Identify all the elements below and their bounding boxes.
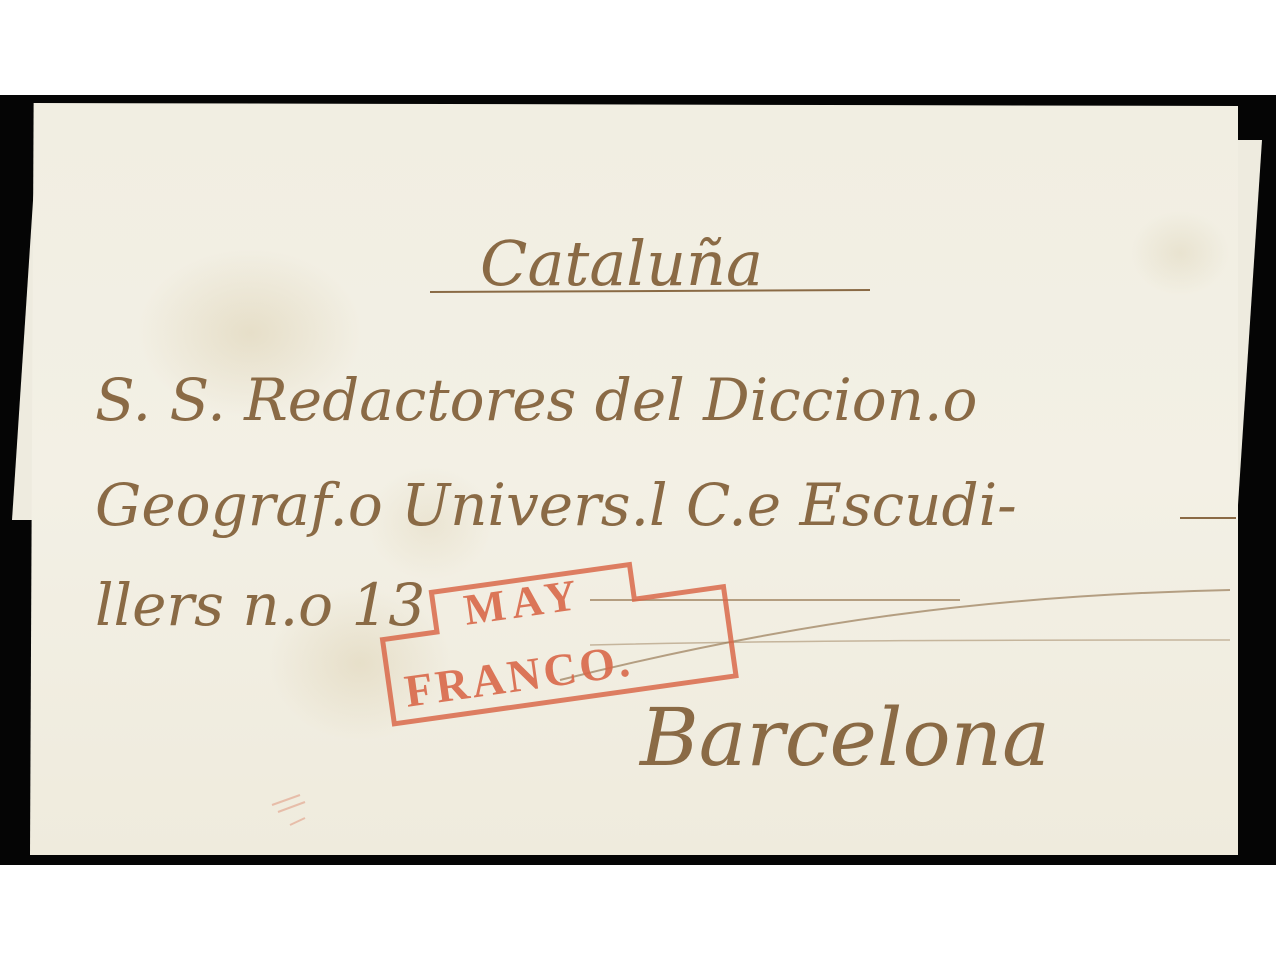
region-heading: Cataluña (480, 227, 763, 300)
flourish-line-3 (590, 640, 1230, 645)
flourish-line-2 (560, 590, 1230, 680)
address-line-2: Geograf.o Univers.l C.e Escudi- (95, 471, 1017, 539)
faint-red-marks (272, 795, 305, 825)
address-line-1: S. S. Redactores del Diccion.o (95, 366, 977, 434)
city-name: Barcelona (638, 691, 1050, 784)
cover-markings: Cataluña S. S. Redactores del Diccion.o … (0, 0, 1276, 956)
postmark-line-1: MAY (461, 570, 586, 635)
address-line-3: llers n.o 13 (95, 571, 425, 639)
